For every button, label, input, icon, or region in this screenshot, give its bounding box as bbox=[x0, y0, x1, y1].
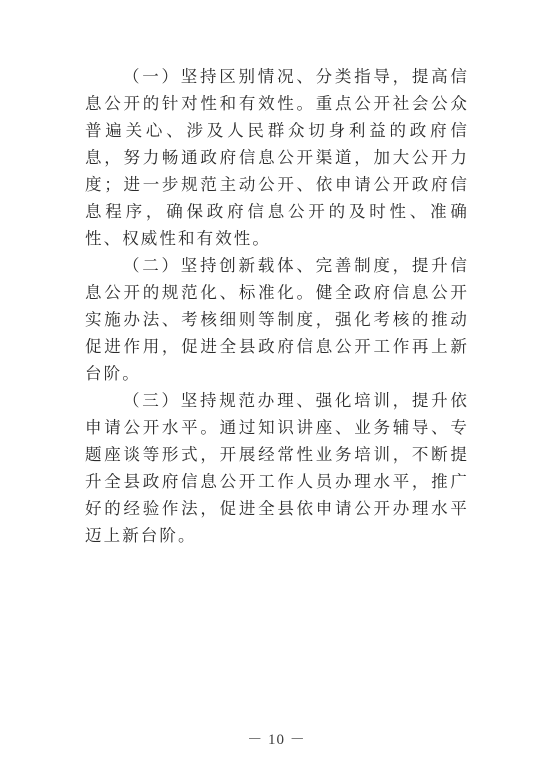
paragraph-3: （三）坚持规范办理、强化培训，提升依申请公开水平。通过知识讲座、业务辅导、专题座… bbox=[85, 387, 469, 549]
document-page: （一）坚持区别情况、分类指导，提高信息公开的针对性和有效性。重点公开社会公众普遍… bbox=[0, 0, 553, 783]
page-number: － 10 － bbox=[0, 728, 553, 749]
paragraph-3-body: 通过知识讲座、业务辅导、专题座谈等形式，开展经常性业务培训，不断提升全县政府信息… bbox=[85, 418, 469, 545]
paragraph-2: （二）坚持创新载体、完善制度，提升信息公开的规范化、标准化。健全政府信息公开实施… bbox=[85, 252, 469, 387]
paragraph-1-body: 重点公开社会公众普遍关心、涉及人民群众切身利益的政府信息，努力畅通政府信息公开渠… bbox=[85, 94, 469, 248]
document-body: （一）坚持区别情况、分类指导，提高信息公开的针对性和有效性。重点公开社会公众普遍… bbox=[85, 63, 469, 549]
paragraph-1: （一）坚持区别情况、分类指导，提高信息公开的针对性和有效性。重点公开社会公众普遍… bbox=[85, 63, 469, 252]
